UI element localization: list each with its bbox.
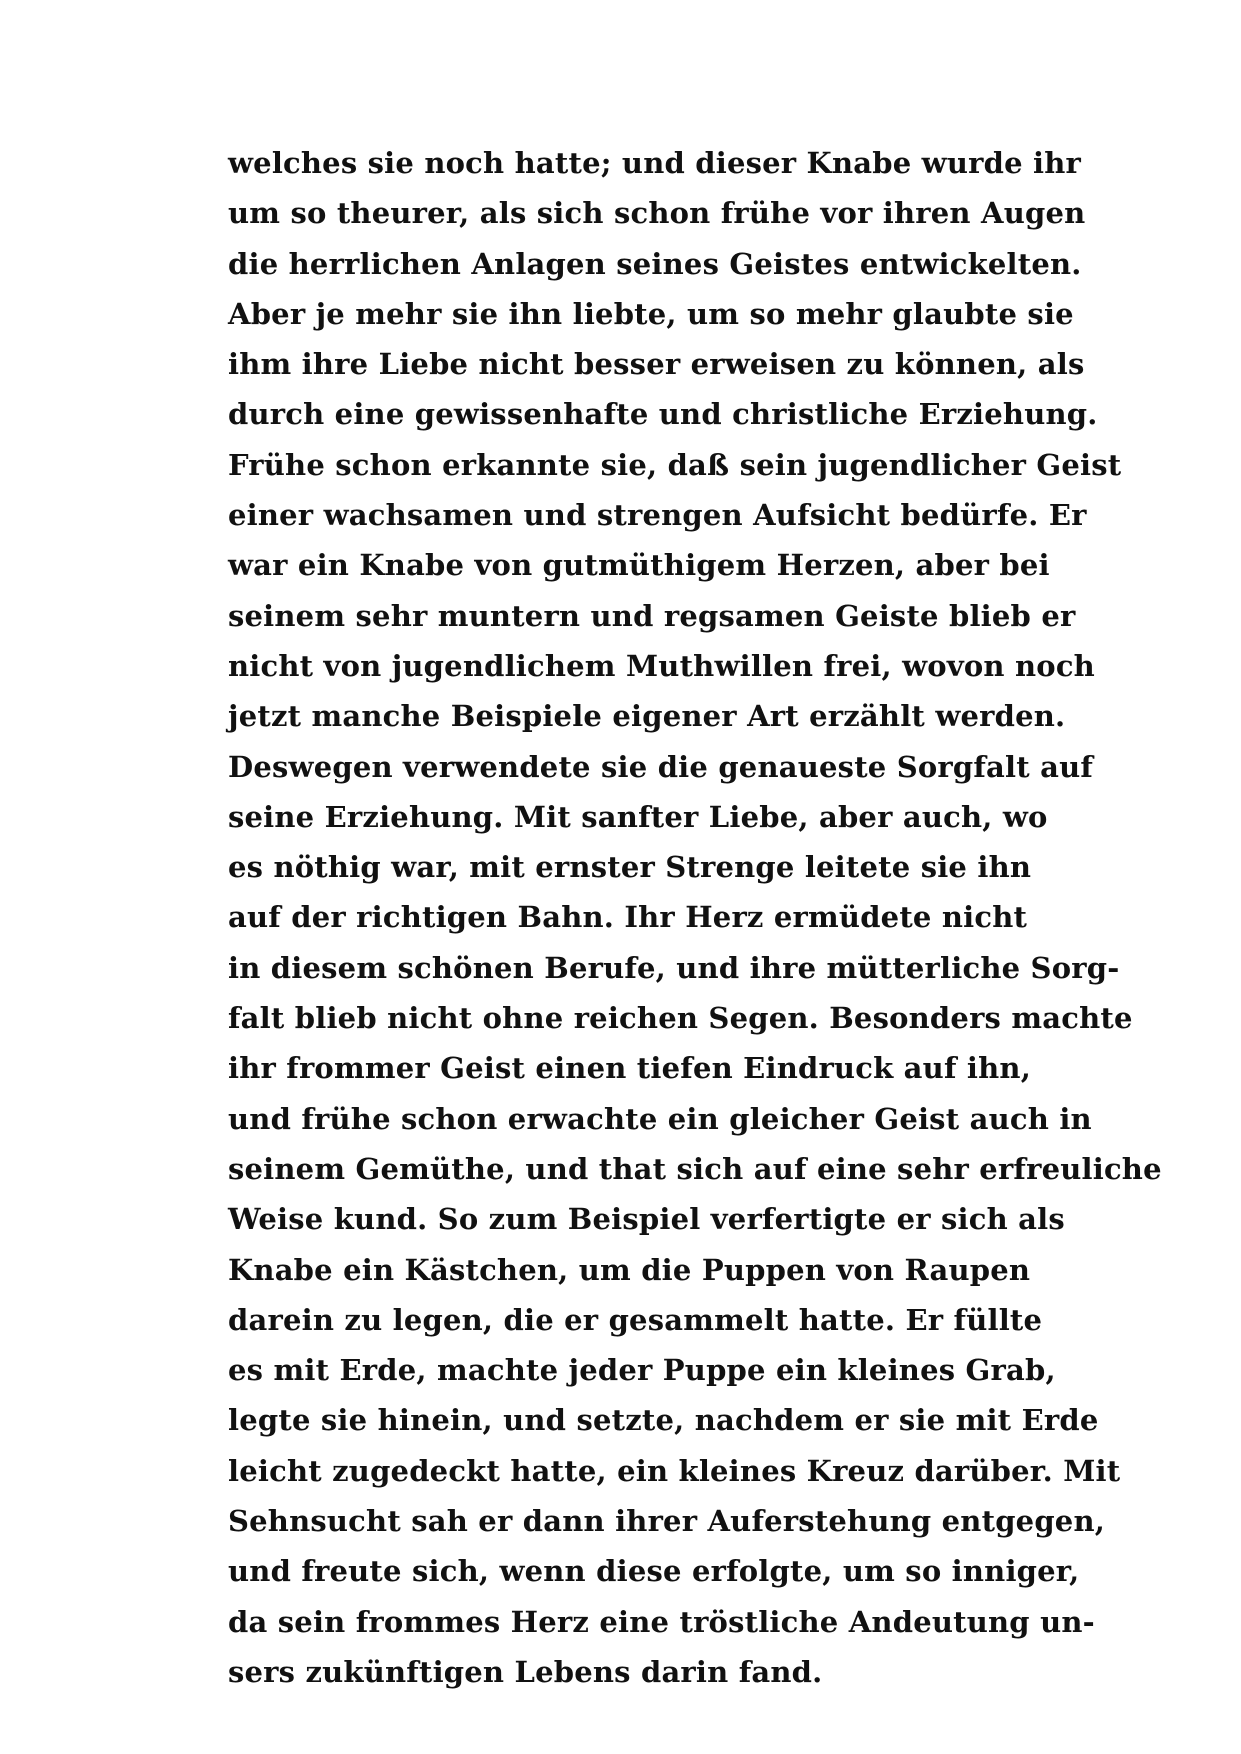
text-line: darein zu legen, die er gesammelt hatte.…: [228, 1295, 1013, 1345]
text-line: und freute sich, wenn diese erfolgte, um…: [228, 1546, 1013, 1596]
text-line: seine Erziehung. Mit sanfter Liebe, aber…: [228, 792, 1013, 842]
text-line: auf der richtigen Bahn. Ihr Herz ermüdet…: [228, 892, 1013, 942]
text-line: Aber je mehr sie ihn liebte, um so mehr …: [228, 289, 1013, 339]
text-line: jetzt manche Beispiele eigener Art erzäh…: [228, 691, 1013, 741]
text-line: Knabe ein Kästchen, um die Puppen von Ra…: [228, 1245, 1013, 1295]
text-line: es mit Erde, machte jeder Puppe ein klei…: [228, 1345, 1013, 1395]
text-line: es nöthig war, mit ernster Strenge leite…: [228, 842, 1013, 892]
text-line: Weise kund. So zum Beispiel verfertigte …: [228, 1194, 1013, 1244]
text-line: legte sie hinein, und setzte, nachdem er…: [228, 1395, 1013, 1445]
text-line: welches sie noch hatte; und dieser Knabe…: [228, 138, 1013, 188]
text-line: ihr frommer Geist einen tiefen Eindruck …: [228, 1043, 1013, 1093]
text-line: falt blieb nicht ohne reichen Segen. Bes…: [228, 993, 1013, 1043]
text-line: durch eine gewissenhafte und christliche…: [228, 389, 1013, 439]
text-line: Sehnsucht sah er dann ihrer Auferstehung…: [228, 1496, 1013, 1546]
text-line: Deswegen verwendete sie die genaueste So…: [228, 742, 1013, 792]
text-line: um so theurer, als sich schon frühe vor …: [228, 188, 1013, 238]
text-line: die herrlichen Anlagen seines Geistes en…: [228, 239, 1013, 289]
text-line: seinem sehr muntern und regsamen Geiste …: [228, 591, 1013, 641]
document-page: welches sie noch hatte; und dieser Knabe…: [0, 0, 1241, 1754]
text-line: leicht zugedeckt hatte, ein kleines Kreu…: [228, 1446, 1013, 1496]
text-line: da sein frommes Herz eine tröstliche And…: [228, 1597, 1013, 1647]
text-line: einer wachsamen und strengen Aufsicht be…: [228, 490, 1013, 540]
text-line: war ein Knabe von gutmüthigem Herzen, ab…: [228, 540, 1013, 590]
text-line: seinem Gemüthe, und that sich auf eine s…: [228, 1144, 1013, 1194]
text-line: und frühe schon erwachte ein gleicher Ge…: [228, 1094, 1013, 1144]
text-line: sers zukünftigen Lebens darin fand.: [228, 1647, 1013, 1697]
text-line: Frühe schon erkannte sie, daß sein jugen…: [228, 440, 1013, 490]
text-line: nicht von jugendlichem Muthwillen frei, …: [228, 641, 1013, 691]
text-line: ihm ihre Liebe nicht besser erweisen zu …: [228, 339, 1013, 389]
text-line: in diesem schönen Berufe, und ihre mütte…: [228, 943, 1013, 993]
body-text: welches sie noch hatte; und dieser Knabe…: [228, 138, 1013, 1697]
